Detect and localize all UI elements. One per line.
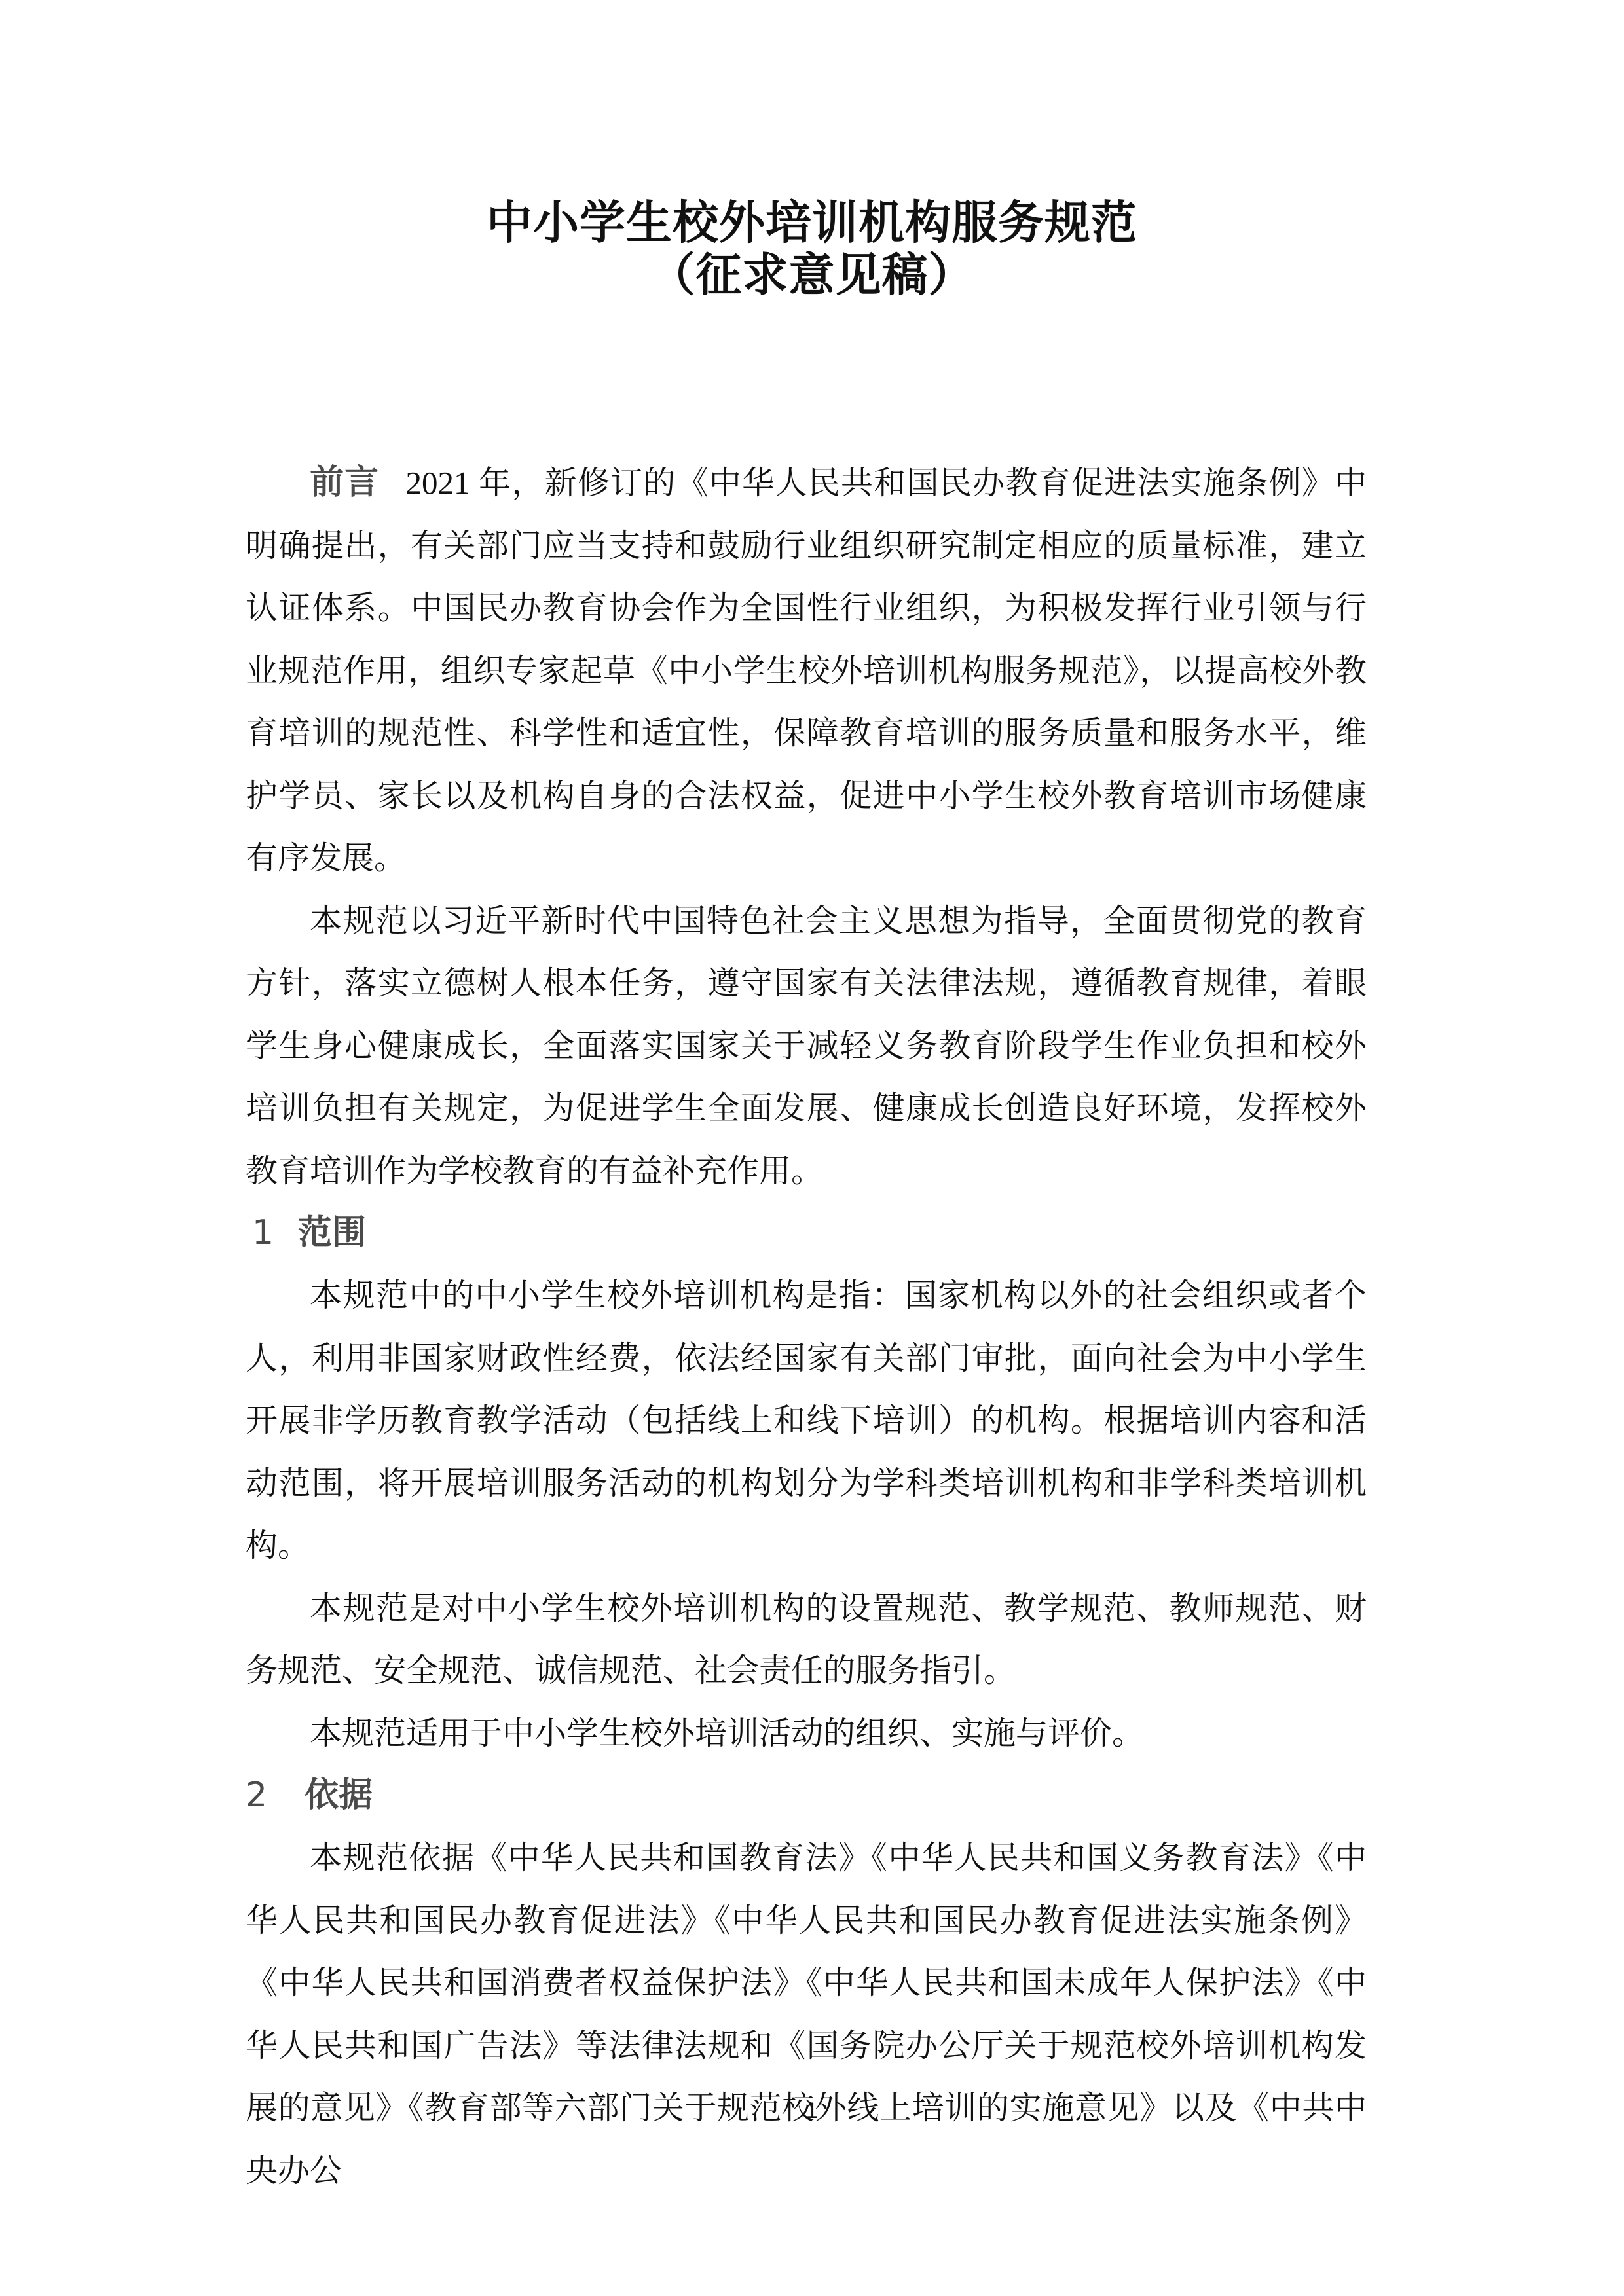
preface-paragraph-2: 本规范以习近平新时代中国特色社会主义思想为指导，全面贯彻党的教育方针，落实立德树… (246, 890, 1367, 1203)
section-heading-scope: 1范围 (246, 1202, 1367, 1264)
section-heading-basis: 2依据 (246, 1764, 1367, 1827)
document-subtitle: （征求意见稿） (0, 242, 1624, 308)
preface-text-1: 2021 年，新修订的《中华人民共和国民办教育促进法实施条例》中明确提出，有关部… (246, 465, 1367, 876)
document-page: 中小学生校外培训机构服务规范 （征求意见稿） 前言2021 年，新修订的《中华人… (0, 0, 1624, 2296)
preface-label: 前言 (310, 463, 380, 502)
scope-paragraph-2: 本规范是对中小学生校外培训机构的设置规范、教学规范、教师规范、财务规范、安全规范… (246, 1577, 1367, 1702)
section-number: 2 (246, 1764, 304, 1827)
section-title: 范围 (298, 1213, 366, 1252)
section-number: 1 (252, 1202, 298, 1264)
preface-paragraph-1: 前言2021 年，新修订的《中华人民共和国民办教育促进法实施条例》中明确提出，有… (246, 452, 1367, 890)
scope-paragraph-3: 本规范适用于中小学生校外培训活动的组织、实施与评价。 (246, 1702, 1367, 1765)
basis-paragraph-1: 本规范依据《中华人民共和国教育法》《中华人民共和国义务教育法》《中华人民共和国民… (246, 1827, 1367, 2202)
page-number: 1 (0, 2098, 1624, 2124)
document-body: 前言2021 年，新修订的《中华人民共和国民办教育促进法实施条例》中明确提出，有… (246, 452, 1367, 2202)
section-title: 依据 (304, 1776, 373, 1815)
scope-paragraph-1: 本规范中的中小学生校外培训机构是指：国家机构以外的社会组织或者个人，利用非国家财… (246, 1264, 1367, 1577)
